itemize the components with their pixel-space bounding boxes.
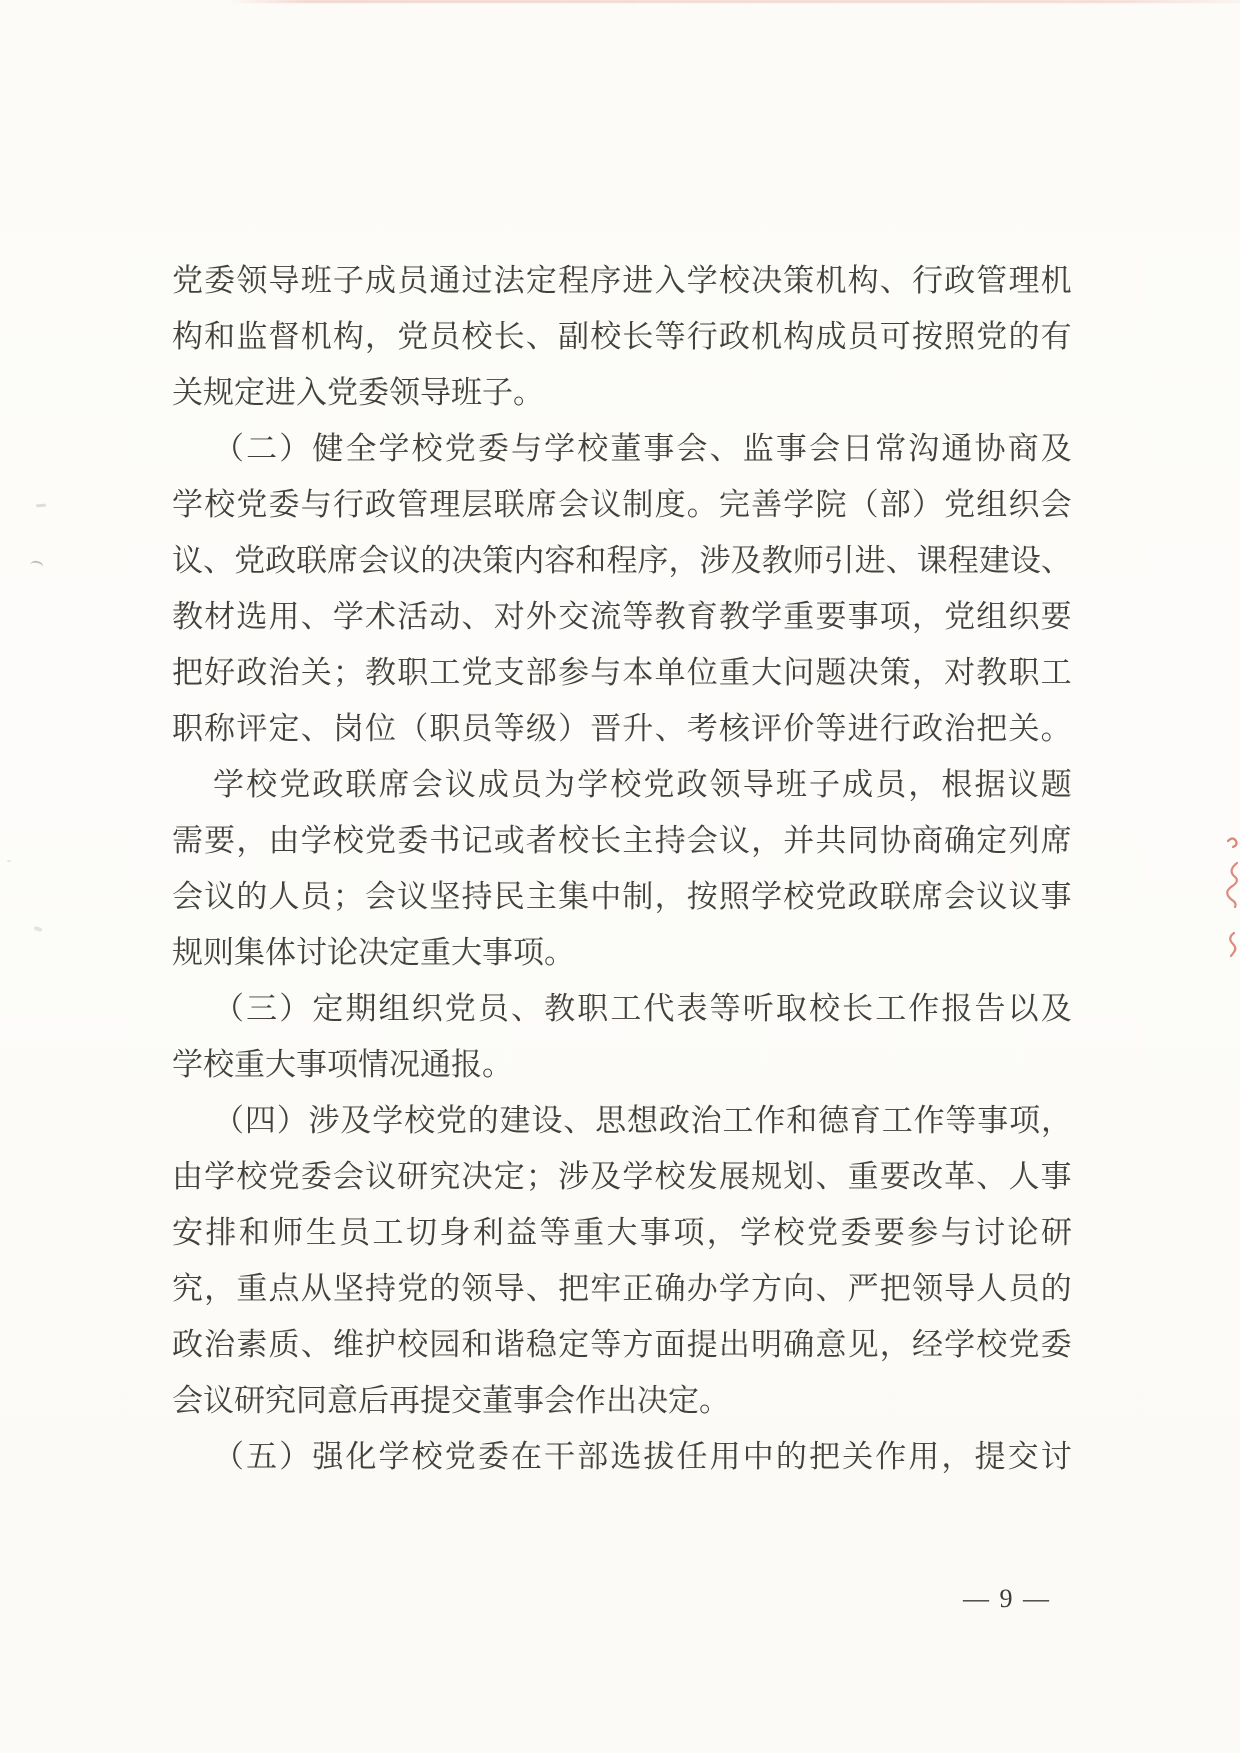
text-line: 由学校党委会议研究决定；涉及学校发展规划、重要改革、人事 (172, 1145, 1072, 1201)
text-line: 会议的人员；会议坚持民主集中制，按照学校党政联席会议议事 (172, 865, 1072, 921)
scan-speck (7, 860, 11, 862)
red-ink-mark (1222, 833, 1240, 968)
text-line: 究，重点从坚持党的领导、把牢正确办学方向、严把领导人员的 (172, 1257, 1072, 1313)
text-line: 政治素质、维护校园和谐稳定等方面提出明确意见，经学校党委 (172, 1313, 1072, 1369)
text-line: 需要，由学校党委书记或者校长主持会议，并共同协商确定列席 (172, 809, 1072, 865)
text-line: （三）定期组织党员、教职工代表等听取校长工作报告以及 (213, 977, 1072, 1033)
page-number: — 9 — (963, 1584, 1051, 1614)
text-line: 构和监督机构，党员校长、副校长等行政机构成员可按照党的有 (172, 305, 1072, 361)
scanned-document-page: 党委领导班子成员通过法定程序进入学校决策机构、行政管理机构和监督机构，党员校长、… (0, 0, 1240, 1753)
text-line: 学校党政联席会议成员为学校党政领导班子成员，根据议题 (213, 753, 1072, 809)
text-line: （五）强化学校党委在干部选拔任用中的把关作用，提交讨 (213, 1425, 1072, 1481)
text-line: （四）涉及学校党的建设、思想政治工作和德育工作等事项， (213, 1089, 1072, 1145)
text-line: 职称评定、岗位（职员等级）晋升、考核评价等进行政治把关。 (172, 697, 1072, 753)
text-line: 把好政治关；教职工党支部参与本单位重大问题决策，对教职工 (172, 641, 1072, 697)
scan-speck (36, 504, 46, 508)
text-line: 教材选用、学术活动、对外交流等教育教学重要事项，党组织要 (172, 585, 1072, 641)
text-line: 议、党政联席会议的决策内容和程序，涉及教师引进、课程建设、 (172, 529, 1072, 585)
text-line: 安排和师生员工切身利益等重大事项，学校党委要参与讨论研 (172, 1201, 1072, 1257)
text-line: 会议研究同意后再提交董事会作出决定。 (172, 1369, 1072, 1425)
text-line: （二）健全学校党委与学校董事会、监事会日常沟通协商及 (213, 417, 1072, 473)
text-line: 党委领导班子成员通过法定程序进入学校决策机构、行政管理机 (172, 249, 1072, 305)
text-line: 规则集体讨论决定重大事项。 (172, 921, 1072, 977)
text-line: 学校党委与行政管理层联席会议制度。完善学院（部）党组织会 (172, 473, 1072, 529)
body-text: 党委领导班子成员通过法定程序进入学校决策机构、行政管理机构和监督机构，党员校长、… (172, 249, 1072, 1481)
scan-speck (29, 560, 44, 573)
scan-speck (34, 926, 43, 932)
text-line: 学校重大事项情况通报。 (172, 1033, 1072, 1089)
scan-edge-artifact (228, 0, 1240, 3)
text-line: 关规定进入党委领导班子。 (172, 361, 1072, 417)
